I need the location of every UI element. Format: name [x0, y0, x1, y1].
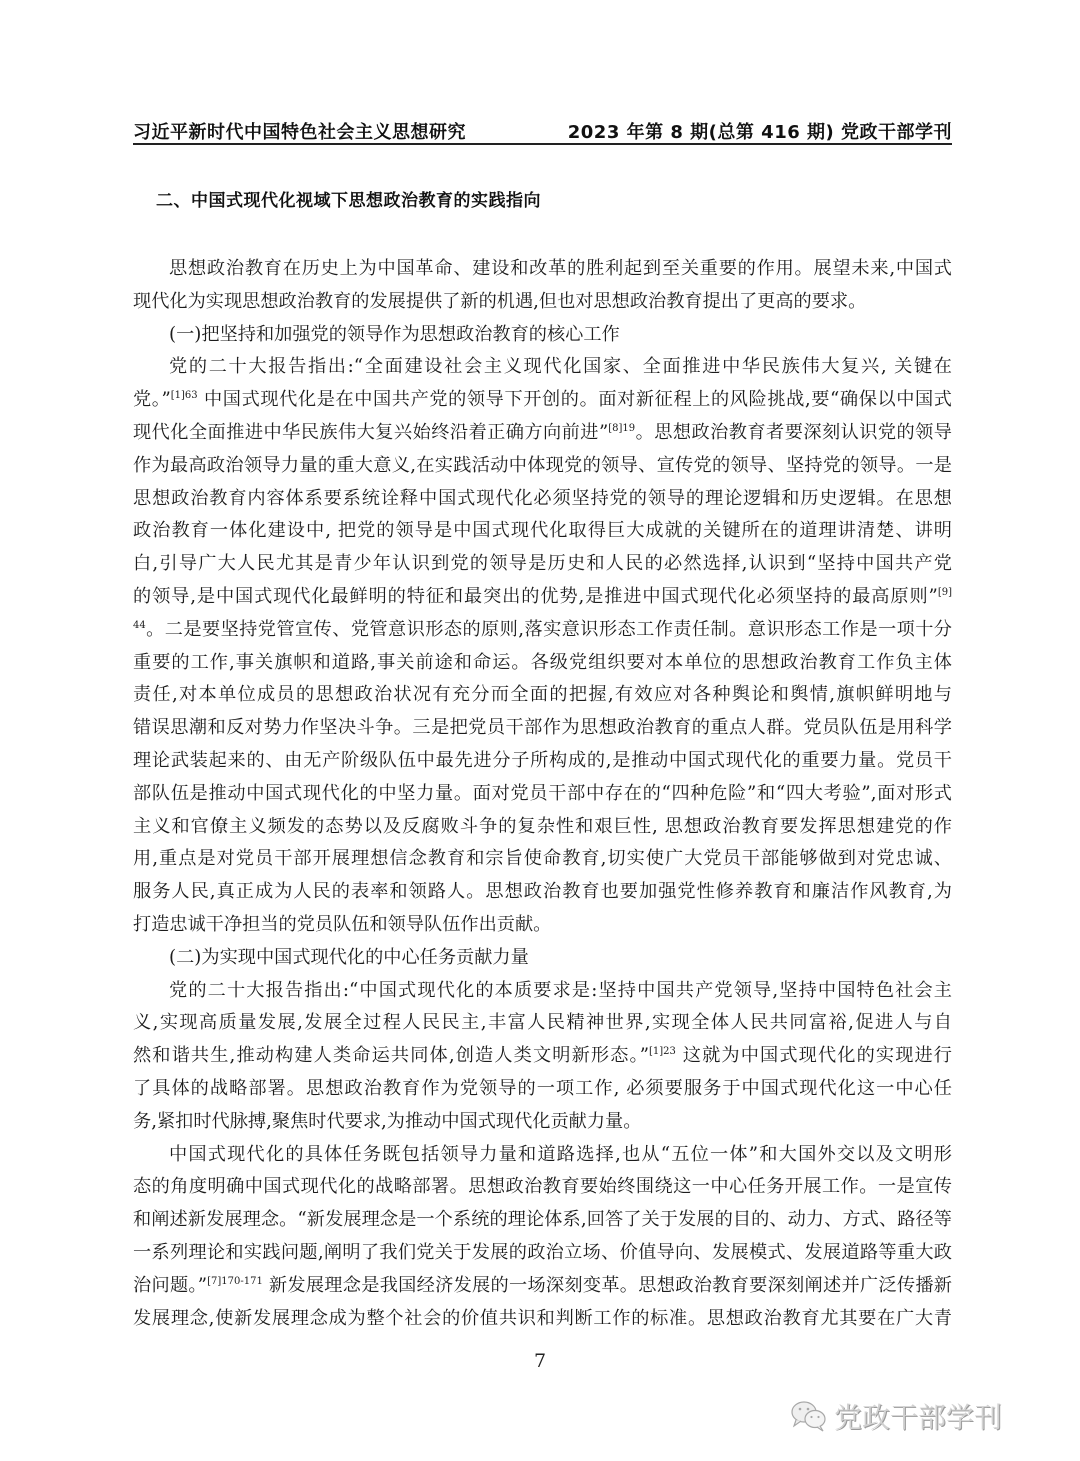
- text-segment: 新发展理念是我国经济发展的一场深刻变革。思想政治教育要深刻阐述并广泛传播新: [263, 1275, 952, 1296]
- text-line: 一系列理论和实践问题,阐明了我们党关于发展的政治立场、价值导向、发展模式、发展道…: [133, 1237, 952, 1270]
- text-line: 服务人民,真正成为人民的表率和领路人。思想政治教育也要加强党性修养教育和廉洁作风…: [133, 876, 952, 909]
- journal-section-title: 习近平新时代中国特色社会主义思想研究: [133, 118, 466, 144]
- text-segment: 。思想政治教育者要深刻认识党的领导: [635, 422, 952, 443]
- wechat-watermark: 党政干部学刊: [790, 1396, 1002, 1436]
- text-line: 态的角度明确中国式现代化的战略部署。思想政治教育要始终围绕这一中心任务开展工作。…: [133, 1171, 952, 1204]
- text-line: 重要的工作,事关旗帜和道路,事关前途和命运。各级党组织要对本单位的思想政治教育工…: [133, 647, 952, 680]
- subheading-2: (二)为实现中国式现代化的中心任务贡献力量: [133, 942, 952, 975]
- text-segment: 然和谐共生,推动构建人类命运共同体,创造人类文明新形态。”: [133, 1045, 649, 1066]
- text-segment: 的领导,是中国式现代化最鲜明的特征和最突出的优势,是推进中国式现代化必须坚持的最…: [133, 586, 938, 607]
- text-line: 理论武装起来的、由无产阶级队伍中最先进分子所构成的,是推动中国式现代化的重要力量…: [133, 745, 952, 778]
- citation: [1]23: [649, 1046, 676, 1057]
- subheading-1: (一)把坚持和加强党的领导作为思想政治教育的核心工作: [133, 319, 952, 352]
- text-segment: 党。”: [133, 389, 171, 410]
- text-line: 的领导,是中国式现代化最鲜明的特征和最突出的优势,是推进中国式现代化必须坚持的最…: [133, 581, 952, 614]
- text-line: 现代化为实现思想政治教育的发展提供了新的机遇,但也对思想政治教育提出了更高的要求…: [133, 286, 952, 319]
- text-line: 44。二是要坚持党管宣传、党管意识形态的原则,落实意识形态工作责任制。意识形态工…: [133, 614, 952, 647]
- text-line: 中国式现代化的具体任务既包括领导力量和道路选择,也从“五位一体”和大国外交以及文…: [133, 1139, 952, 1172]
- citation: [9]: [938, 587, 952, 598]
- text-line: 然和谐共生,推动构建人类命运共同体,创造人类文明新形态。”[1]23 这就为中国…: [133, 1040, 952, 1073]
- text-line: 党的二十大报告指出:“中国式现代化的本质要求是:坚持中国共产党领导,坚持中国特色…: [133, 975, 952, 1008]
- text-line: 治问题。”[7]170-171 新发展理念是我国经济发展的一场深刻变革。思想政治…: [133, 1270, 952, 1303]
- text-line: 和阐述新发展理念。“新发展理念是一个系统的理论体系,回答了关于发展的目的、动力、…: [133, 1204, 952, 1237]
- section-heading: 二、中国式现代化视域下思想政治教育的实践指向: [156, 186, 541, 211]
- text-line: 政治教育一体化建设中, 把党的领导是中国式现代化取得巨大成就的关键所在的道理讲清…: [133, 515, 952, 548]
- header-divider: [133, 143, 952, 145]
- text-line: 发展理念,使新发展理念成为整个社会的价值共识和判断工作的标准。思想政治教育尤其要…: [133, 1303, 952, 1336]
- text-line: 错误思潮和反对势力作坚决斗争。三是把党员干部作为思想政治教育的重点人群。党员队伍…: [133, 712, 952, 745]
- text-segment: 这就为中国式现代化的实现进行: [676, 1045, 952, 1066]
- text-segment: 中国式现代化是在中国共产党的领导下开创的。面对新征程上的风险挑战,要“确保以中国…: [198, 389, 952, 410]
- running-header: 习近平新时代中国特色社会主义思想研究 2023 年第 8 期(总第 416 期)…: [133, 116, 952, 144]
- page-number: 7: [0, 1350, 1080, 1372]
- text-line: 现代化全面推进中华民族伟大复兴始终沿着正确方向前进”[8]19。思想政治教育者要…: [133, 417, 952, 450]
- text-line: 党的二十大报告指出:“全面建设社会主义现代化国家、全面推进中华民族伟大复兴, 关…: [133, 351, 952, 384]
- text-line: 思想政治教育内容体系要系统诠释中国式现代化必须坚持党的领导的理论逻辑和历史逻辑。…: [133, 483, 952, 516]
- text-line: 用,重点是对党员干部开展理想信念教育和宗旨使命教育,切实使广大党员干部能够做到对…: [133, 843, 952, 876]
- text-line: 义,实现高质量发展,发展全过程人民民主,丰富人民精神世界,实现全体人民共同富裕,…: [133, 1007, 952, 1040]
- text-line: 责任,对本单位成员的思想政治状况有充分而全面的把握,有效应对各种舆论和舆情,旗帜…: [133, 679, 952, 712]
- text-segment: 。二是要坚持党管宣传、党管意识形态的原则,落实意识形态工作责任制。意识形态工作是…: [146, 619, 952, 640]
- citation: [1]63: [171, 390, 198, 401]
- wechat-icon: [790, 1400, 828, 1432]
- text-line: 主义和官僚主义频发的态势以及反腐败斗争的复杂性和艰巨性, 思想政治教育要发挥思想…: [133, 811, 952, 844]
- text-line: 党。”[1]63 中国式现代化是在中国共产党的领导下开创的。面对新征程上的风险挑…: [133, 384, 952, 417]
- text-line: 部队伍是推动中国式现代化的中坚力量。面对党员干部中存在的“四种危险”和“四大考验…: [133, 778, 952, 811]
- text-line: 白,引导广大人民尤其是青少年认识到党的领导是历史和人民的必然选择,认识到“坚持中…: [133, 548, 952, 581]
- citation: [8]19: [608, 423, 635, 434]
- text-line: 思想政治教育在历史上为中国革命、建设和改革的胜利起到至关重要的作用。展望未来,中…: [133, 253, 952, 286]
- text-line: 作为最高政治领导力量的重大意义,在实践活动中体现党的领导、宣传党的领导、坚持党的…: [133, 450, 952, 483]
- citation: 44: [133, 620, 146, 631]
- text-line: 了具体的战略部署。思想政治教育作为党领导的一项工作, 必须要服务于中国式现代化这…: [133, 1073, 952, 1106]
- citation: [7]170-171: [207, 1276, 263, 1287]
- text-line: 务,紧扣时代脉搏,聚焦时代要求,为推动中国式现代化贡献力量。: [133, 1106, 952, 1139]
- text-segment: 现代化全面推进中华民族伟大复兴始终沿着正确方向前进”: [133, 422, 608, 443]
- text-line: 打造忠诚干净担当的党员队伍和领导队伍作出贡献。: [133, 909, 952, 942]
- text-segment: 治问题。”: [133, 1275, 207, 1296]
- article-body: 思想政治教育在历史上为中国革命、建设和改革的胜利起到至关重要的作用。展望未来,中…: [133, 253, 952, 1335]
- issue-info: 2023 年第 8 期(总第 416 期) 党政干部学刊: [568, 118, 952, 144]
- watermark-text: 党政干部学刊: [834, 1396, 1002, 1436]
